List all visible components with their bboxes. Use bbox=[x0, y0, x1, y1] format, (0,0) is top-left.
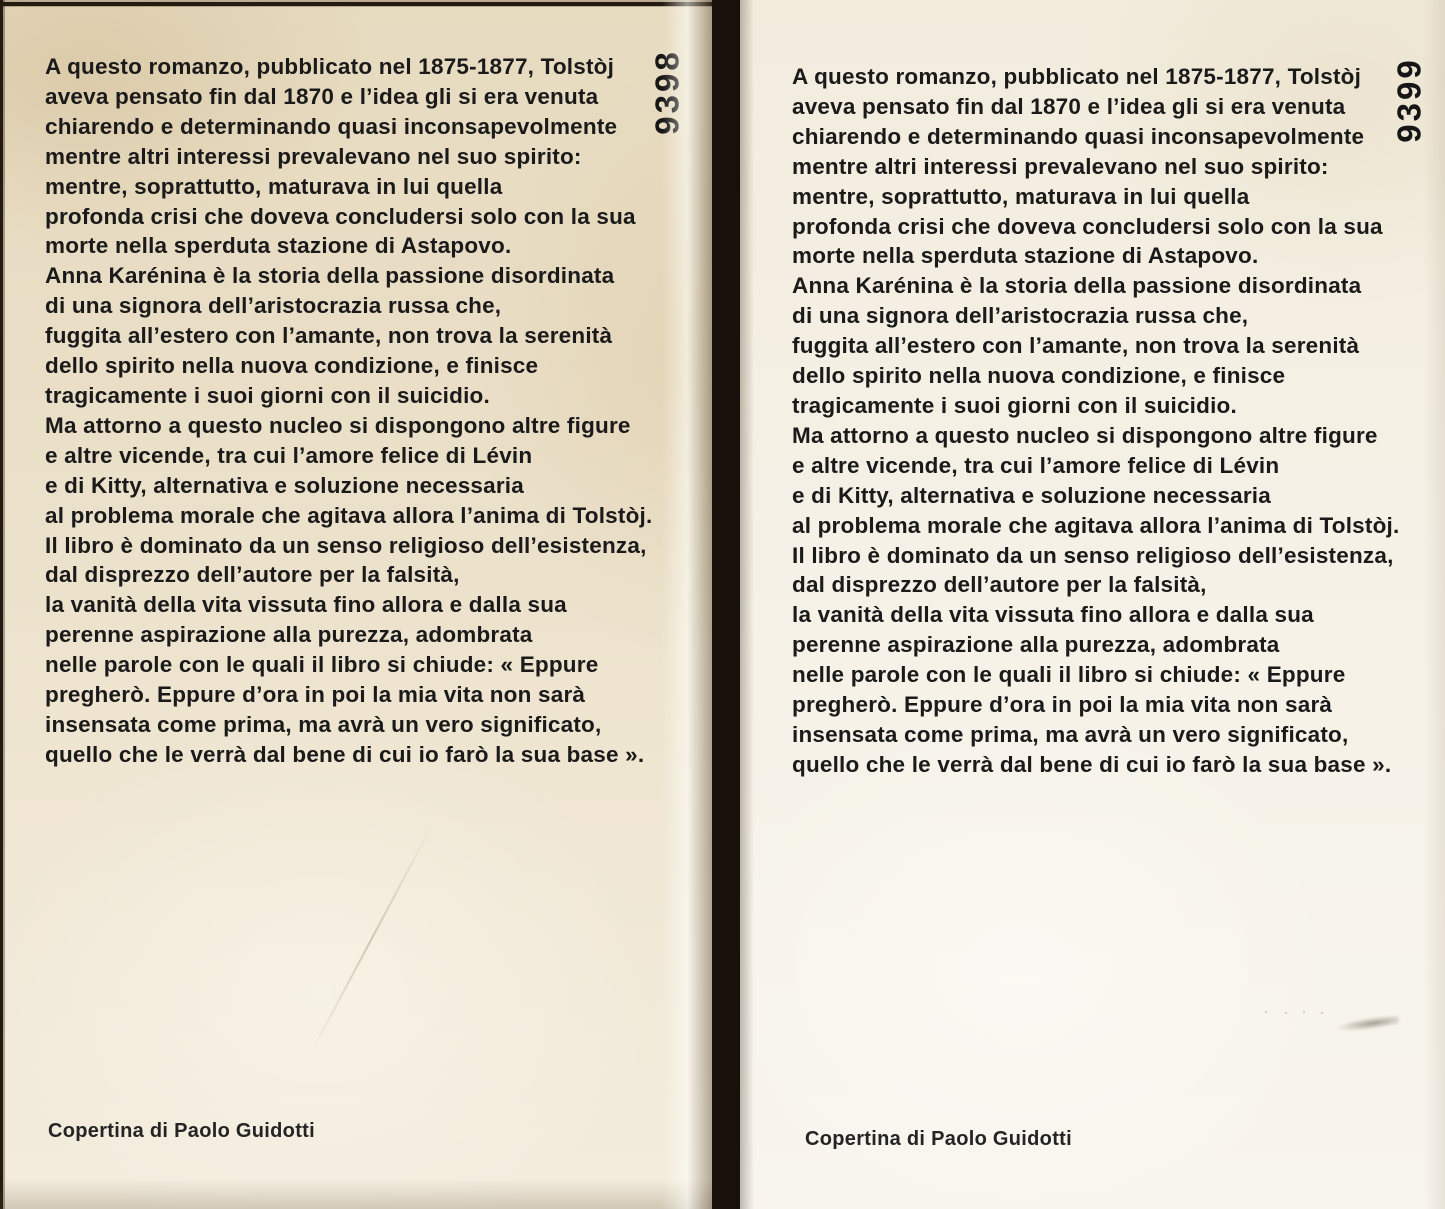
catalog-number-text: 9398 bbox=[649, 49, 687, 134]
ink-speckle-marks bbox=[1260, 1008, 1330, 1016]
ink-smudge-mark bbox=[1334, 1014, 1399, 1035]
paper-scratch-mark bbox=[309, 825, 433, 1056]
catalog-number-text: 9399 bbox=[1391, 57, 1429, 142]
catalog-number-rotated: 9399 bbox=[1378, 52, 1442, 148]
right-book-back-cover: A questo romanzo, pubblicato nel 1875-18… bbox=[740, 0, 1445, 1209]
cover-design-credit: Copertina di Paolo Guidotti bbox=[805, 1128, 1072, 1151]
back-cover-blurb: A questo romanzo, pubblicato nel 1875-18… bbox=[792, 62, 1442, 780]
cover-design-credit: Copertina di Paolo Guidotti bbox=[48, 1120, 315, 1143]
cover-left-edge bbox=[0, 0, 5, 1209]
back-cover-blurb: A questo romanzo, pubblicato nel 1875-18… bbox=[45, 52, 695, 770]
left-book-back-cover: A questo romanzo, pubblicato nel 1875-18… bbox=[0, 0, 712, 1209]
cover-top-edge bbox=[0, 0, 712, 7]
catalog-number-rotated: 9398 bbox=[636, 44, 700, 140]
two-book-back-covers-scan: A questo romanzo, pubblicato nel 1875-18… bbox=[0, 0, 1445, 1209]
